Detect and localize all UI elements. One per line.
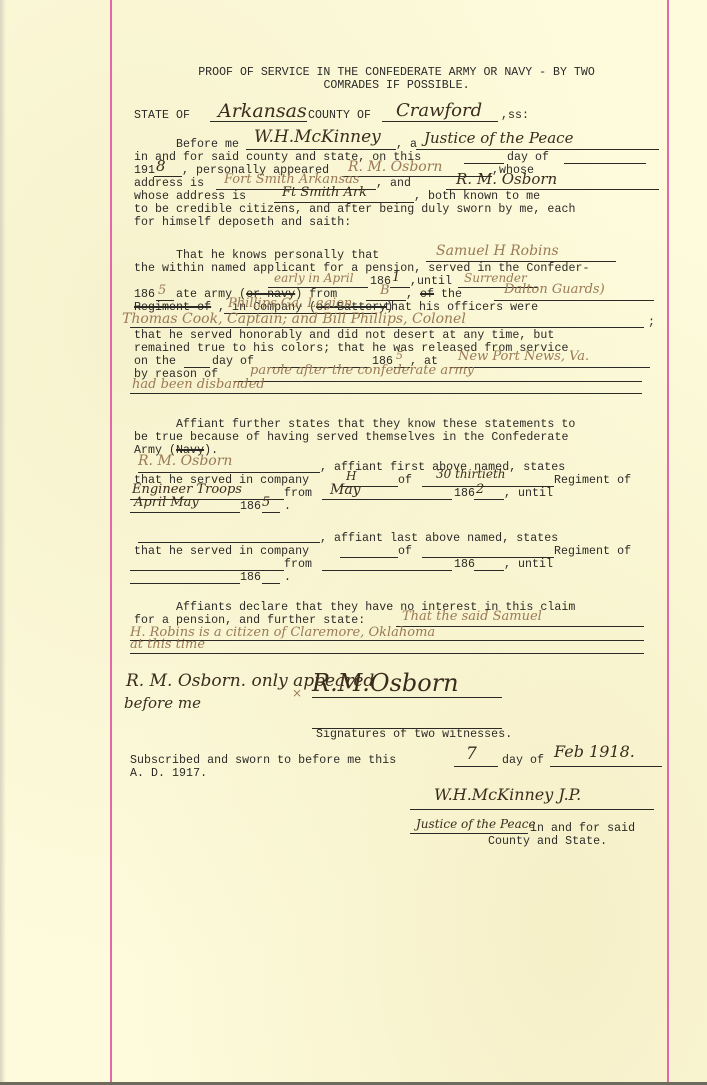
knows-lead: That he knows personally that xyxy=(176,249,379,262)
al-year-blank xyxy=(474,570,504,571)
jurat-day-underline xyxy=(454,766,498,767)
company-value[interactable]: B xyxy=(380,284,390,298)
al-year-prefix: 186 xyxy=(454,558,475,571)
service-from-value[interactable]: early in April xyxy=(274,271,354,285)
further-line2: be true because of having served themsel… xyxy=(134,431,568,444)
ad-line: A. D. 1917. xyxy=(130,767,207,780)
affiant-last-label: , affiant last above named, states xyxy=(320,532,558,545)
reason-line1[interactable]: parole after the confederate army xyxy=(250,364,474,378)
jp-title-underline xyxy=(410,833,528,834)
af-from-underline xyxy=(322,499,452,500)
form-title-line2: COMRADES IF POSSIBLE. xyxy=(134,79,659,92)
county-state-label: County and State. xyxy=(488,835,607,848)
reason-line2[interactable]: had been disbanded xyxy=(132,378,265,392)
left-margin-line xyxy=(110,0,112,1082)
state-label: STATE OF xyxy=(134,109,190,122)
statement-underline3 xyxy=(130,653,644,654)
day-of-label: day of xyxy=(507,151,549,164)
al-end-year-blank xyxy=(262,583,280,584)
county-label: COUNTY OF xyxy=(308,109,371,122)
release-place-underline xyxy=(450,367,650,368)
ss-label: ,ss: xyxy=(501,109,529,122)
al-end-year-prefix: 186 xyxy=(240,571,261,584)
month-blank xyxy=(564,163,646,164)
af-from-year-prefix: 186 xyxy=(454,487,475,500)
line4-year-suffix[interactable]: 5 xyxy=(158,284,166,298)
release-place[interactable]: New Port News, Va. xyxy=(458,350,589,364)
affiant-first-name[interactable]: R. M. Osborn xyxy=(138,454,232,468)
the-text: the xyxy=(441,288,462,301)
al-until-label: , until xyxy=(504,558,553,571)
al-period: . xyxy=(284,571,291,584)
jp-signature-line xyxy=(410,809,654,810)
officers-semicolon: ; xyxy=(648,316,655,329)
county-underline xyxy=(382,121,498,122)
witness1-line xyxy=(312,697,502,698)
county-value[interactable]: Crawford xyxy=(396,101,482,121)
af-until-underline xyxy=(130,512,240,513)
whose-address-is-label: whose address is xyxy=(134,190,246,203)
af-until-year-suffix[interactable]: 5 xyxy=(262,496,270,510)
jp-title: Justice of the Peace xyxy=(416,817,536,831)
af-company-value[interactable]: H xyxy=(346,469,356,483)
knows-line7: that he served honorably and did not des… xyxy=(134,329,554,342)
af-until-year-underline xyxy=(262,512,280,513)
al-company-blank xyxy=(340,557,398,558)
intro-line7: for himself deposeth and saith: xyxy=(134,216,351,229)
officer-name-underline xyxy=(246,149,396,150)
on-the-label: on the xyxy=(134,355,176,368)
right-margin-line xyxy=(667,0,669,1082)
al-regiment-of: Regiment of xyxy=(554,545,631,558)
form-title-line1: PROOF OF SERVICE IN THE CONFEDERATE ARMY… xyxy=(134,66,659,79)
reason-underline2 xyxy=(130,393,642,394)
af-until-year-prefix: 186 xyxy=(240,500,261,513)
officers-underline xyxy=(130,327,644,328)
af-from-year-underline xyxy=(474,499,504,500)
paper-edge xyxy=(0,0,6,1085)
af-period: . xyxy=(284,500,291,513)
jurat-month-year[interactable]: Feb 1918. xyxy=(554,745,635,759)
af-from-label: from xyxy=(284,487,312,500)
state-underline xyxy=(210,121,307,122)
address-is-label: address is xyxy=(134,177,204,190)
officers-value[interactable]: Thomas Cook, Captain; and Bill Phillips,… xyxy=(122,312,466,326)
subscribed-label: Subscribed and sworn to before me this xyxy=(130,754,396,767)
from-year-suffix[interactable]: 1 xyxy=(392,271,400,285)
and-label: , and xyxy=(376,177,411,190)
appearance-note-line2: before me xyxy=(124,696,201,710)
al-name-blank xyxy=(138,542,320,543)
regiment-value[interactable]: Phillips Ga. Legion xyxy=(228,297,352,311)
jurat-month-underline xyxy=(550,766,662,767)
al-served-in-company: that he served in company xyxy=(134,545,309,558)
af-from-year-suffix[interactable]: 2 xyxy=(476,483,484,497)
line4-year-prefix: 186 xyxy=(134,288,155,301)
af-from-value[interactable]: May xyxy=(330,483,361,497)
of-the-label: , of the xyxy=(406,288,462,301)
af-regiment-value[interactable]: 30 thirtieth xyxy=(436,467,506,481)
af-regiment-of: Regiment of xyxy=(554,474,631,487)
unit-value[interactable]: Dalton Guards) xyxy=(504,283,605,297)
al-from-label: from xyxy=(284,558,312,571)
witness-mark: × xyxy=(292,686,302,700)
before-me-label: Before me xyxy=(176,138,239,151)
af-until-value[interactable]: April May xyxy=(134,496,199,510)
a-label: , a xyxy=(396,138,417,151)
applicant-name[interactable]: Samuel H Robins xyxy=(436,244,559,258)
al-from-blank xyxy=(322,570,452,571)
affiant1-name[interactable]: R. M. Osborn xyxy=(348,160,442,174)
further-line1: Affiant further states that they know th… xyxy=(176,418,575,431)
jp-signature[interactable]: W.H.McKinney J.P. xyxy=(434,788,581,802)
in-and-for-label: in and for said xyxy=(530,822,635,835)
until-label: ,until xyxy=(410,275,452,288)
release-day-of-label: day of xyxy=(212,355,254,368)
officer-name[interactable]: W.H.McKinney xyxy=(254,128,381,146)
reason-underline1 xyxy=(234,381,642,382)
al-until-blank xyxy=(130,583,240,584)
both-known-label: , both known to me xyxy=(414,190,540,203)
year-suffix[interactable]: 8 xyxy=(156,159,166,173)
jurat-day-of: day of xyxy=(502,754,544,767)
affiant2-name[interactable]: R. M. Osborn xyxy=(456,172,557,186)
state-value[interactable]: Arkansas xyxy=(218,101,307,121)
statement-line3[interactable]: at this time xyxy=(130,638,205,652)
officer-title[interactable]: Justice of the Peace xyxy=(424,130,573,146)
year-prefix: 191 xyxy=(134,164,155,177)
jurat-day-value[interactable]: 7 xyxy=(466,747,477,761)
statement-underline2 xyxy=(130,640,644,641)
statement-line1[interactable]: That the said Samuel xyxy=(402,610,542,624)
witness1-signature[interactable]: R.M.Osborn xyxy=(312,670,459,696)
affiant2-address[interactable]: Ft Smith Ark xyxy=(282,186,367,200)
af-until-label: , until xyxy=(504,487,553,500)
officer-title-underline xyxy=(416,149,659,150)
intro-line6: to be credible citizens, and after being… xyxy=(134,203,575,216)
struck-of: of xyxy=(420,288,434,301)
al-of-label: of xyxy=(398,545,412,558)
release-year-suffix[interactable]: 5 xyxy=(396,349,403,363)
affiant-first-underline xyxy=(138,472,320,473)
witness-caption: Signatures of two witnesses. xyxy=(316,728,512,741)
af-of-label: of xyxy=(398,474,412,487)
